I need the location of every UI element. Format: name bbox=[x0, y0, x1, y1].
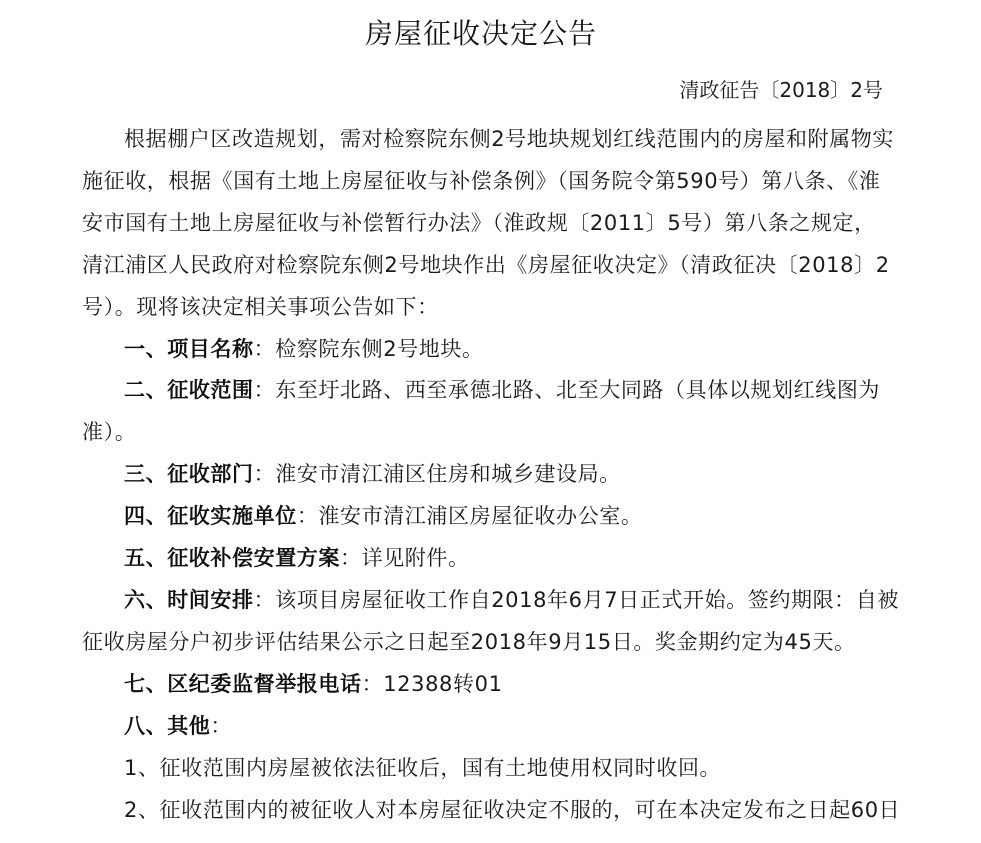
item-separator: ： bbox=[254, 378, 276, 402]
intro-line-4: 清江浦区人民政府对检察院东侧2号地块作出《房屋征收决定》（清政征决〔2018〕2 bbox=[82, 250, 890, 280]
item-schedule-continued: 征收房屋分户初步评估结果公示之日起至2018年9月15日。奖金期约定为45天。 bbox=[82, 627, 856, 657]
document-page: 房屋征收决定公告 清政征告〔2018〕2号 根据棚户区改造规划，需对检察院东侧2… bbox=[0, 0, 981, 843]
intro-line-1: 根据棚户区改造规划，需对检察院东侧2号地块规划红线范围内的房屋和附属物实 bbox=[124, 124, 894, 154]
document-number: 清政征告〔2018〕2号 bbox=[679, 74, 883, 103]
item-separator: ： bbox=[254, 462, 276, 486]
item-value: 检察院东侧2号地块。 bbox=[275, 337, 483, 361]
intro-line-3: 安市国有土地上房屋征收与补偿暂行办法》（淮政规〔2011〕5号）第八条之规定， bbox=[82, 208, 876, 238]
item-project-name: 一、项目名称：检察院东侧2号地块。 bbox=[124, 334, 484, 364]
item-heading: 二、征收范围 bbox=[124, 378, 254, 402]
item-department: 三、征收部门：淮安市清江浦区住房和城乡建设局。 bbox=[124, 459, 621, 489]
item-heading: 六、时间安排 bbox=[124, 588, 254, 612]
item-heading: 三、征收部门 bbox=[124, 462, 254, 486]
intro-line-2: 施征收，根据《国有土地上房屋征收与补偿条例》（国务院令第590号）第八条、《淮 bbox=[82, 166, 880, 196]
item-separator: ： bbox=[362, 672, 384, 696]
item-separator: ： bbox=[254, 588, 276, 612]
item-heading: 八、其他 bbox=[124, 714, 210, 738]
item-scope-continued: 准）。 bbox=[82, 417, 136, 447]
item-value: 淮安市清江浦区住房和城乡建设局。 bbox=[275, 462, 621, 486]
item-compensation-plan: 五、征收补偿安置方案：详见附件。 bbox=[124, 543, 470, 573]
item-separator: ： bbox=[254, 337, 276, 361]
item-hotline: 七、区纪委监督举报电话：12388转01 bbox=[124, 669, 503, 699]
item-schedule: 六、时间安排：该项目房屋征收工作自2018年6月7日正式开始。签约期限：自被 bbox=[124, 585, 899, 615]
item-separator: ： bbox=[210, 714, 232, 738]
document-title: 房屋征收决定公告 bbox=[0, 12, 962, 52]
item-value: 12388转01 bbox=[383, 672, 502, 696]
intro-line-5: 号）。现将该决定相关事项公告如下： bbox=[82, 292, 439, 322]
item-separator: ： bbox=[297, 504, 319, 528]
item-heading: 七、区纪委监督举报电话 bbox=[124, 672, 362, 696]
item-heading: 五、征收补偿安置方案 bbox=[124, 546, 340, 570]
item-implementing-unit: 四、征收实施单位：淮安市清江浦区房屋征收办公室。 bbox=[124, 501, 642, 531]
item-value: 详见附件。 bbox=[362, 546, 470, 570]
item-other: 八、其他： bbox=[124, 711, 232, 741]
other-point-1: 1、征收范围内房屋被依法征收后，国有土地使用权同时收回。 bbox=[124, 753, 721, 783]
item-scope: 二、征收范围：东至圩北路、西至承德北路、北至大同路（具体以规划红线图为 bbox=[124, 375, 880, 405]
item-value: 该项目房屋征收工作自2018年6月7日正式开始。签约期限：自被 bbox=[275, 588, 899, 612]
item-separator: ： bbox=[340, 546, 362, 570]
other-point-2: 2、征收范围内的被征收人对本房屋征收决定不服的，可在本决定发布之日起60日 bbox=[124, 795, 900, 825]
item-value: 东至圩北路、西至承德北路、北至大同路（具体以规划红线图为 bbox=[275, 378, 880, 402]
item-value: 淮安市清江浦区房屋征收办公室。 bbox=[318, 504, 642, 528]
item-heading: 一、项目名称 bbox=[124, 337, 254, 361]
item-heading: 四、征收实施单位 bbox=[124, 504, 297, 528]
